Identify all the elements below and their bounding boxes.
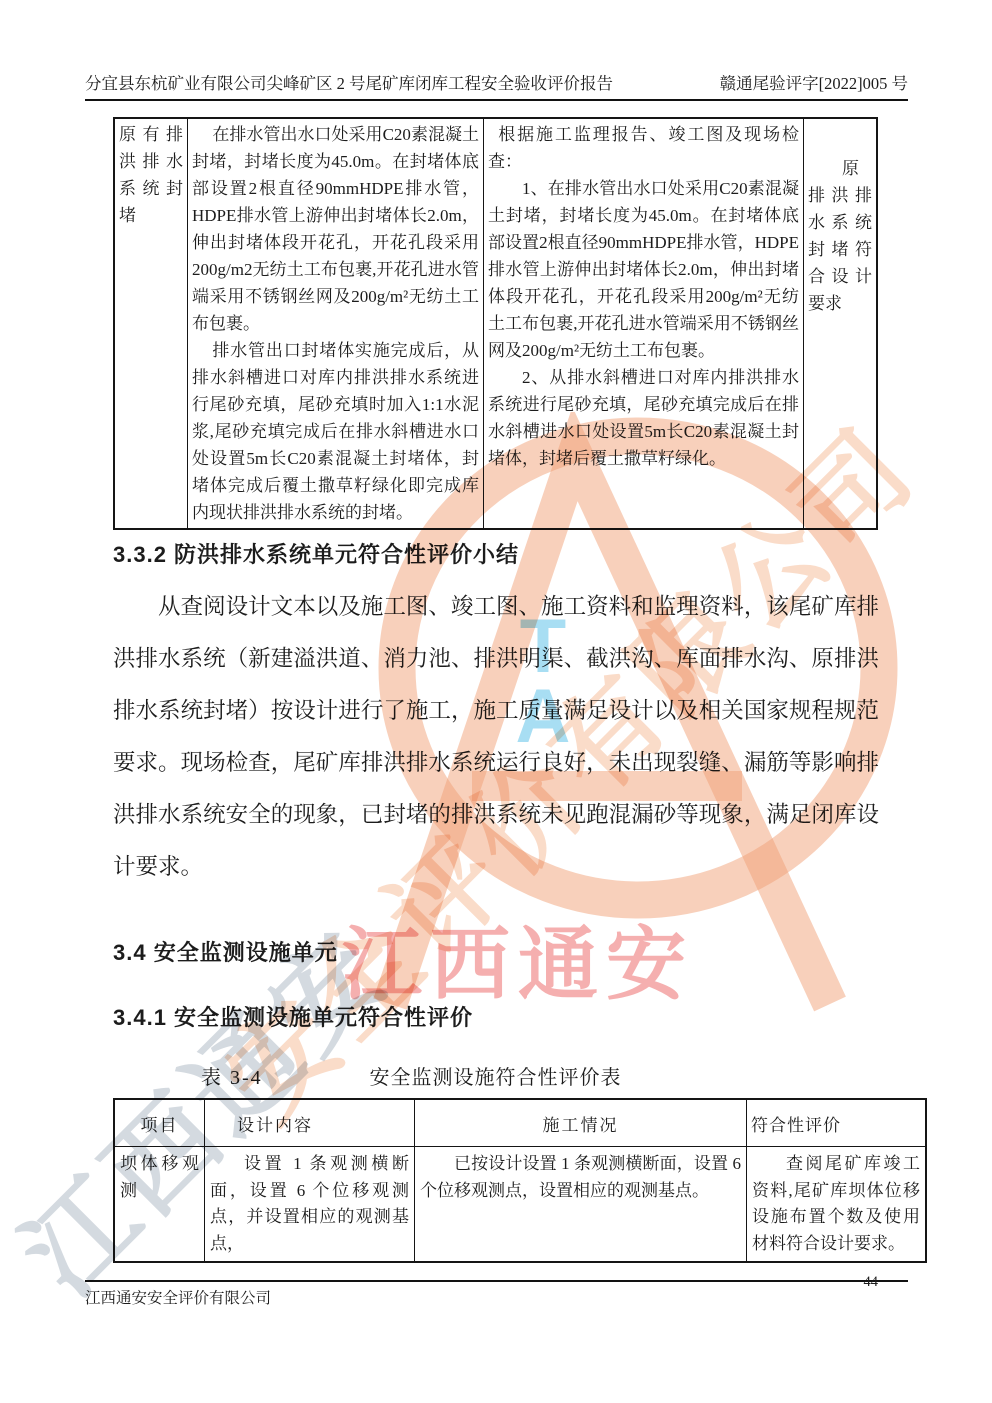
column-header-design: 设计内容 bbox=[205, 1099, 415, 1147]
table-caption-title: 安全监测设施符合性评价表 bbox=[370, 1067, 622, 1089]
page-number: 44 bbox=[864, 1274, 879, 1291]
construction-paragraph: 2、从排水斜槽进口对库内排洪排水系统进行尾砂充填，尾砂充填完成后在排水斜槽进水口… bbox=[488, 364, 799, 472]
monitoring-facilities-table: 项目 设计内容 施工情况 符合性评价 坝体移观测 设置 1 条观测横断面，设置 … bbox=[113, 1098, 927, 1263]
column-header-item: 项目 bbox=[114, 1099, 205, 1147]
section-3-3-2-paragraph: 从查阅设计文本以及施工图、竣工图、施工资料和监理资料，该尾矿库排洪排水系统（新建… bbox=[113, 581, 879, 893]
item-label: 原有排洪排水系统封堵 bbox=[119, 121, 183, 229]
column-header-construction: 施工情况 bbox=[415, 1099, 747, 1147]
report-page: T A 江西通安 安全评价有限公司 江西通安 分宜县东杭矿业有限公司尖峰矿区 2… bbox=[0, 0, 992, 1403]
table-caption-number: 表 3-4 bbox=[201, 1061, 263, 1090]
section-title-3-4-1: 3.4.1 安全监测设施单元符合性评价 bbox=[113, 1001, 473, 1032]
row-construction-text: 已按设计设置 1 条观测横断面，设置 6 个位移观测点，设置相应的观测基点。 bbox=[420, 1151, 741, 1204]
row-item-text: 坝体移观测 bbox=[120, 1151, 199, 1204]
row-cell-design: 设置 1 条观测横断面，设置 6 个位移观测点，并设置相应的观测基点， bbox=[205, 1147, 415, 1263]
evaluation-text: 原排洪排水系统封堵符合设计要求 bbox=[808, 155, 872, 317]
table-header-row: 项目 设计内容 施工情况 符合性评价 bbox=[114, 1099, 926, 1147]
page-header: 分宜县东杭矿业有限公司尖峰矿区 2 号尾矿库闭库工程安全验收评价报告 赣通尾验评… bbox=[85, 70, 908, 94]
section-title-3-4: 3.4 安全监测设施单元 bbox=[113, 936, 338, 967]
table-row: 坝体移观测 设置 1 条观测横断面，设置 6 个位移观测点，并设置相应的观测基点… bbox=[114, 1147, 926, 1263]
table-cell-construction: 根据施工监理报告、竣工图及现场检查： 1、在排水管出水口处采用C20素混凝土封堵… bbox=[484, 119, 804, 528]
design-paragraph: 排水管出口封堵体实施完成后，从排水斜槽进口对库内排洪排水系统进行尾砂充填，尾砂充… bbox=[192, 337, 479, 526]
design-paragraph: 在排水管出水口处采用C20素混凝土封堵，封堵长度为45.0m。在封堵体底部设置2… bbox=[192, 121, 479, 337]
row-design-text: 设置 1 条观测横断面，设置 6 个位移观测点，并设置相应的观测基点， bbox=[210, 1151, 409, 1257]
table-cell-design: 在排水管出水口处采用C20素混凝土封堵，封堵长度为45.0m。在封堵体底部设置2… bbox=[188, 119, 484, 528]
header-report-title: 分宜县东杭矿业有限公司尖峰矿区 2 号尾矿库闭库工程安全验收评价报告 bbox=[85, 70, 613, 94]
table-cell-item: 原有排洪排水系统封堵 bbox=[115, 119, 188, 528]
row-cell-evaluation: 查阅尾矿库竣工资料,尾矿库坝体位移设施布置个数及使用材料符合设计要求。 bbox=[747, 1147, 927, 1263]
header-divider bbox=[85, 99, 908, 101]
header-doc-number: 赣通尾验评字[2022]005 号 bbox=[720, 70, 908, 94]
footer-company-name: 江西通安安全评价有限公司 bbox=[85, 1286, 271, 1308]
red-stamp-watermark: 江西通安 bbox=[342, 900, 694, 1015]
table-3-4-caption: 表 3-4 安全监测设施符合性评价表 bbox=[113, 1061, 878, 1090]
flood-drainage-table: 原有排洪排水系统封堵 在排水管出水口处采用C20素混凝土封堵，封堵长度为45.0… bbox=[113, 117, 878, 530]
section-title-3-3-2: 3.3.2 防洪排水系统单元符合性评价小结 bbox=[113, 538, 519, 569]
construction-paragraph: 1、在排水管出水口处采用C20素混凝土封堵，封堵长度为45.0m。在封堵体底部设… bbox=[488, 175, 799, 364]
row-evaluation-text: 查阅尾矿库竣工资料,尾矿库坝体位移设施布置个数及使用材料符合设计要求。 bbox=[752, 1151, 920, 1257]
row-cell-item: 坝体移观测 bbox=[114, 1147, 205, 1263]
column-header-evaluation: 符合性评价 bbox=[747, 1099, 927, 1147]
table-cell-evaluation: 原排洪排水系统封堵符合设计要求 bbox=[804, 119, 876, 528]
footer-divider bbox=[85, 1280, 908, 1282]
row-cell-construction: 已按设计设置 1 条观测横断面，设置 6 个位移观测点，设置相应的观测基点。 bbox=[415, 1147, 747, 1263]
construction-paragraph: 根据施工监理报告、竣工图及现场检查： bbox=[488, 121, 799, 175]
